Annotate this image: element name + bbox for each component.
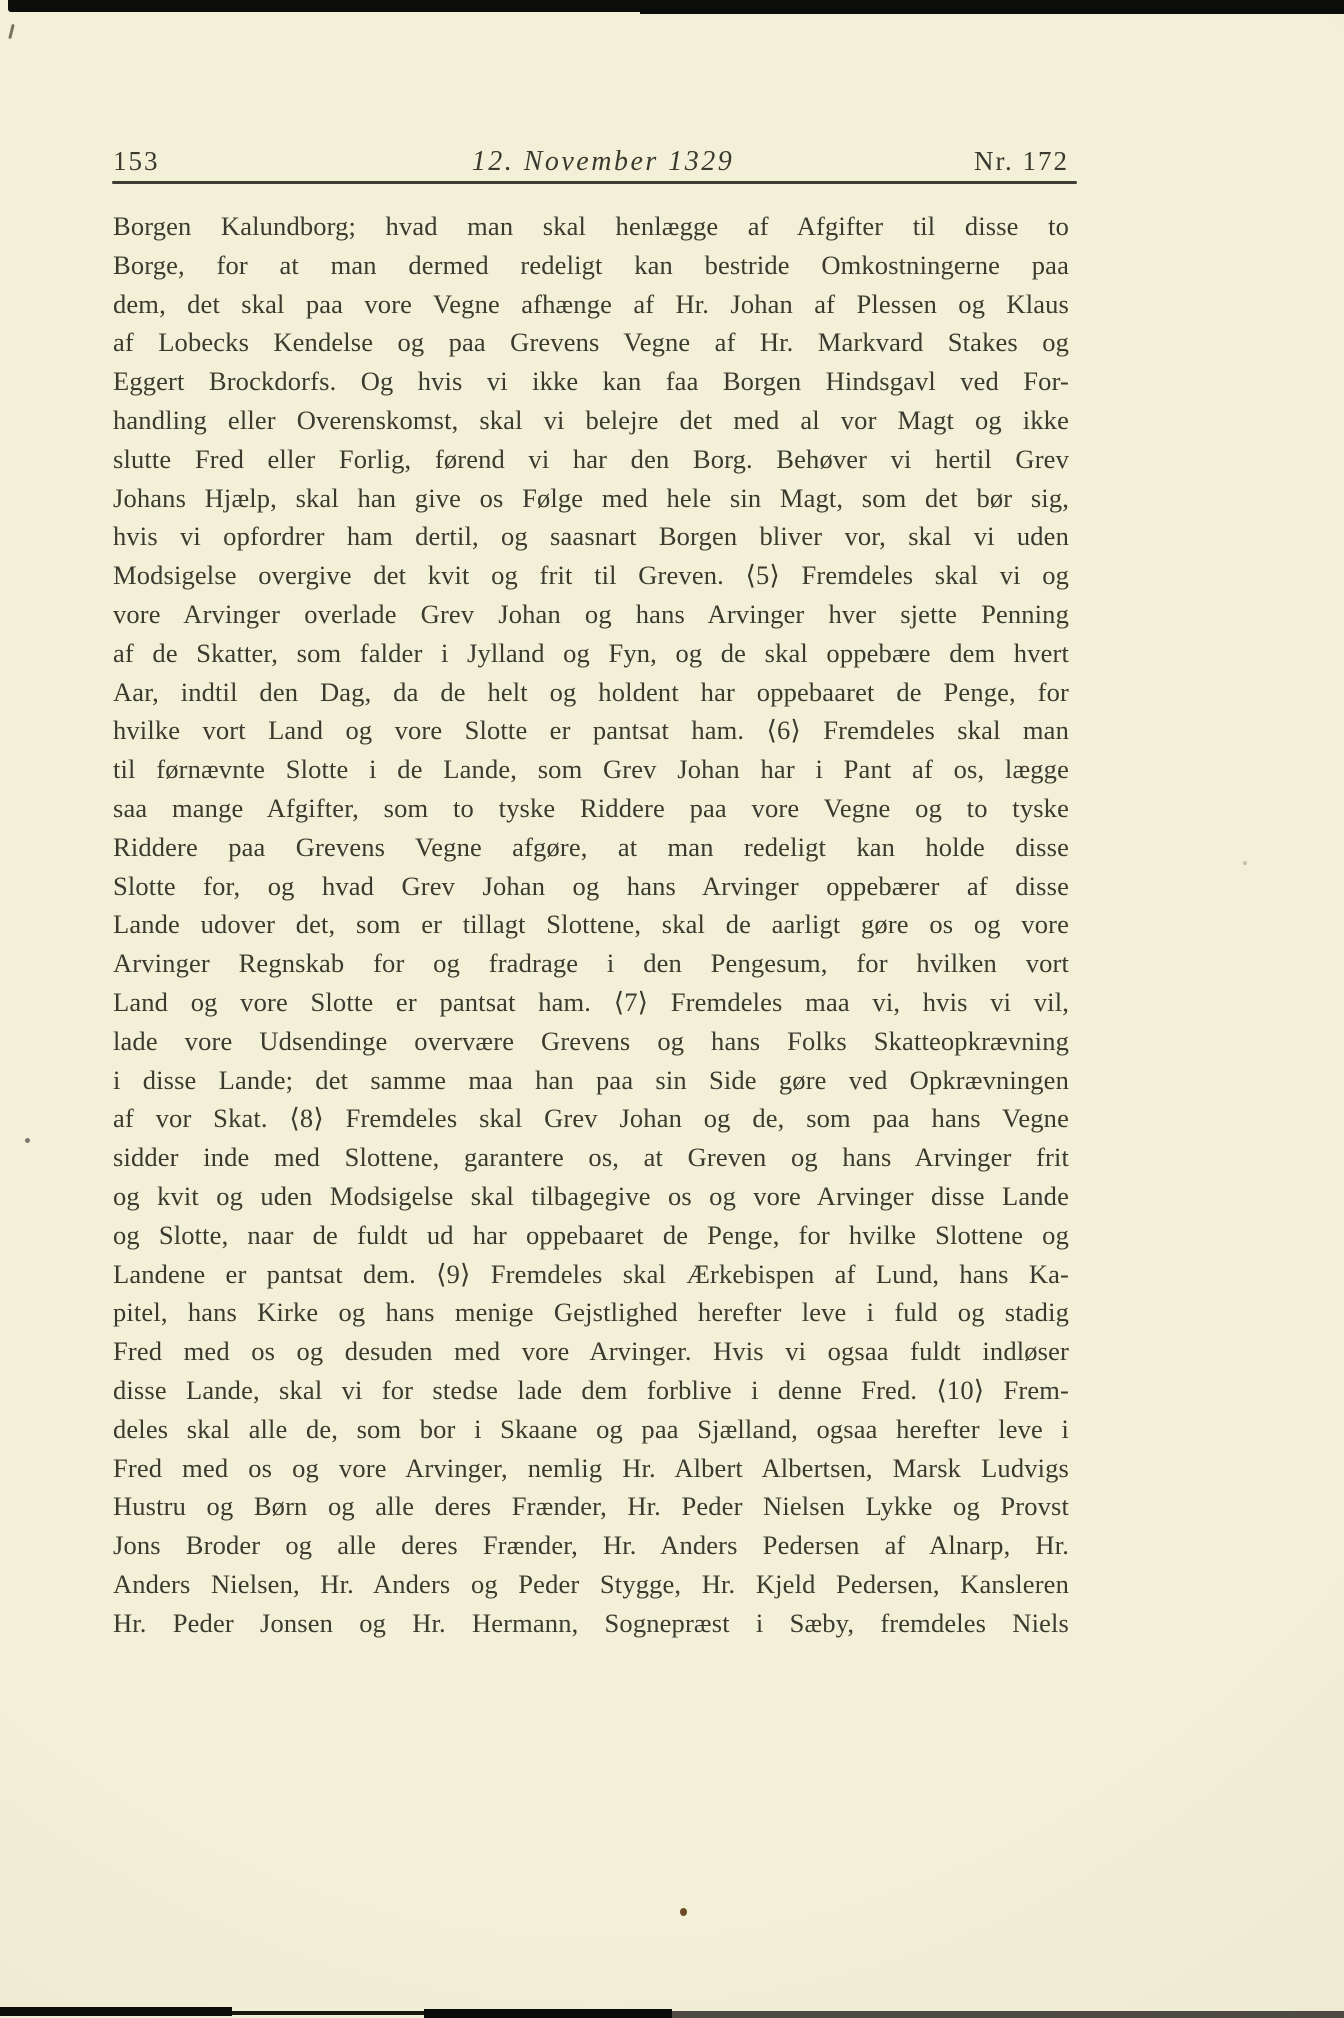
page-bottom-edge-bar-left (0, 2007, 232, 2016)
text-line: saa mange Afgifter, som to tyske Riddere… (113, 789, 1069, 828)
text-line: Borge, for at man dermed redeligt kan be… (113, 246, 1069, 285)
ink-speck-left-margin (25, 1138, 30, 1143)
text-line: lade vore Udsendinge overvære Grevens og… (113, 1022, 1069, 1061)
text-line: Anders Nielsen, Hr. Anders og Peder Styg… (113, 1565, 1069, 1604)
text-line: Arvinger Regnskab for og fradrage i den … (113, 944, 1069, 983)
text-line: til førnævnte Slotte i de Lande, som Gre… (113, 750, 1069, 789)
text-line: Borgen Kalundborg; hvad man skal henlægg… (113, 207, 1069, 246)
text-line: Riddere paa Grevens Vegne afgøre, at man… (113, 828, 1069, 867)
page-bottom-edge-line (232, 2011, 424, 2015)
text-line: og kvit og uden Modsigelse skal tilbageg… (113, 1177, 1069, 1216)
text-line: af Lobecks Kendelse og paa Grevens Vegne… (113, 323, 1069, 362)
text-line: Eggert Brockdorfs. Og hvis vi ikke kan f… (113, 362, 1069, 401)
text-line: deles skal alle de, som bor i Skaane og … (113, 1410, 1069, 1449)
text-line: af vor Skat. ⟨8⟩ Fremdeles skal Grev Joh… (113, 1099, 1069, 1138)
text-line: disse Lande, skal vi for stedse lade dem… (113, 1371, 1069, 1410)
text-line: Johans Hjælp, skal han give os Følge med… (113, 479, 1069, 518)
ink-speck-right-margin (1243, 861, 1247, 865)
text-line: sidder inde med Slottene, garantere os, … (113, 1138, 1069, 1177)
header-rule (112, 181, 1077, 184)
text-line: Slotte for, og hvad Grev Johan og hans A… (113, 867, 1069, 906)
pen-mark (8, 24, 15, 39)
page-header: 153 12. November 1329 Nr. 172 (113, 146, 1069, 180)
text-line: slutte Fred eller Forlig, førend vi har … (113, 440, 1069, 479)
doc-number: Nr. 172 (974, 146, 1069, 177)
text-line: og Slotte, naar de fuldt ud har oppebaar… (113, 1216, 1069, 1255)
text-line: Modsigelse overgive det kvit og frit til… (113, 556, 1069, 595)
page-bottom-edge-bar-middle (424, 2009, 672, 2018)
text-line: handling eller Overenskomst, skal vi bel… (113, 401, 1069, 440)
text-line: Hustru og Børn og alle deres Frænder, Hr… (113, 1487, 1069, 1526)
ink-dot-bottom (680, 1908, 687, 1916)
page-top-edge-bar-thick (640, 0, 1344, 14)
text-line: Land og vore Slotte er pantsat ham. ⟨7⟩ … (113, 983, 1069, 1022)
text-line: Jons Broder og alle deres Frænder, Hr. A… (113, 1526, 1069, 1565)
text-line: af de Skatter, som falder i Jylland og F… (113, 634, 1069, 673)
text-line: Fred med os og desuden med vore Arvinger… (113, 1332, 1069, 1371)
text-line: hvis vi opfordrer ham dertil, og saasnar… (113, 517, 1069, 556)
text-line: pitel, hans Kirke og hans menige Gejstli… (113, 1293, 1069, 1332)
text-line: Aar, indtil den Dag, da de helt og holde… (113, 673, 1069, 712)
text-line: hvilke vort Land og vore Slotte er pants… (113, 711, 1069, 750)
text-line: vore Arvinger overlade Grev Johan og han… (113, 595, 1069, 634)
page-bottom-edge-bar-right (672, 2011, 1344, 2018)
text-line: Hr. Peder Jonsen og Hr. Hermann, Sognepr… (113, 1604, 1069, 1643)
body-text: Borgen Kalundborg; hvad man skal henlægg… (113, 207, 1069, 1642)
date-heading: 12. November 1329 (125, 146, 1081, 178)
text-line: Lande udover det, som er tillagt Slotten… (113, 905, 1069, 944)
text-line: Landene er pantsat dem. ⟨9⟩ Fremdeles sk… (113, 1255, 1069, 1294)
scanned-page: 153 12. November 1329 Nr. 172 Borgen Kal… (0, 0, 1344, 2018)
text-line: i disse Lande; det samme maa han paa sin… (113, 1061, 1069, 1100)
text-line: Fred med os og vore Arvinger, nemlig Hr.… (113, 1449, 1069, 1488)
text-line: dem, det skal paa vore Vegne afhænge af … (113, 285, 1069, 324)
